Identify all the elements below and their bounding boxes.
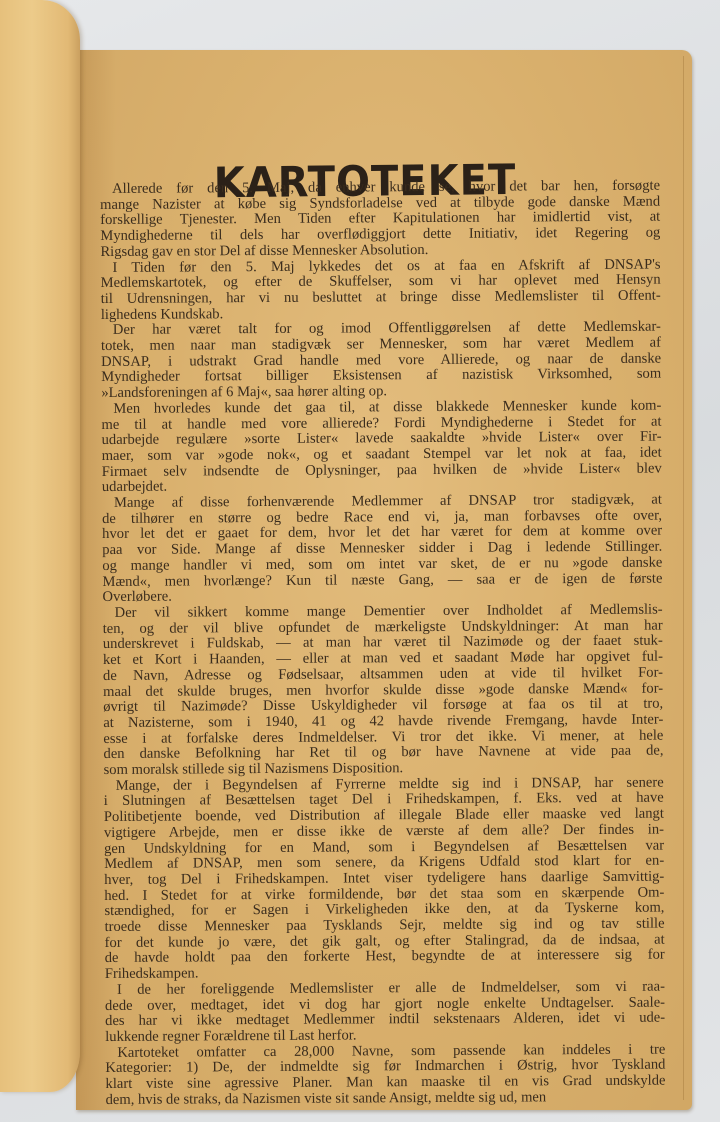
paragraph: Allerede før den 5. Maj, da enhver kunde… [100,179,660,261]
left-page-curl [0,0,80,1092]
paragraph: Der vil sikkert komme mange Dementier ov… [103,603,664,779]
paragraph: Mange, der i Begyndelsen af Fyrrerne mel… [104,775,665,983]
paragraph: Der har været talt for og imod Offentlig… [101,320,661,402]
paragraph: Men hvorledes kunde det gaa til, at diss… [101,398,662,496]
paragraph: Kartoteket omfatter ca 28,000 Navne, som… [105,1042,665,1108]
article-body: Allerede før den 5. Maj, da enhver kunde… [100,179,666,1109]
page-edge [683,56,684,1100]
paragraph: I Tiden før den 5. Maj lykkedes det os a… [100,257,660,323]
paragraph: Mange af disse forhenværende Medlemmer a… [102,493,663,606]
paragraph: I de her foreliggende Medlemslister er a… [105,979,665,1045]
